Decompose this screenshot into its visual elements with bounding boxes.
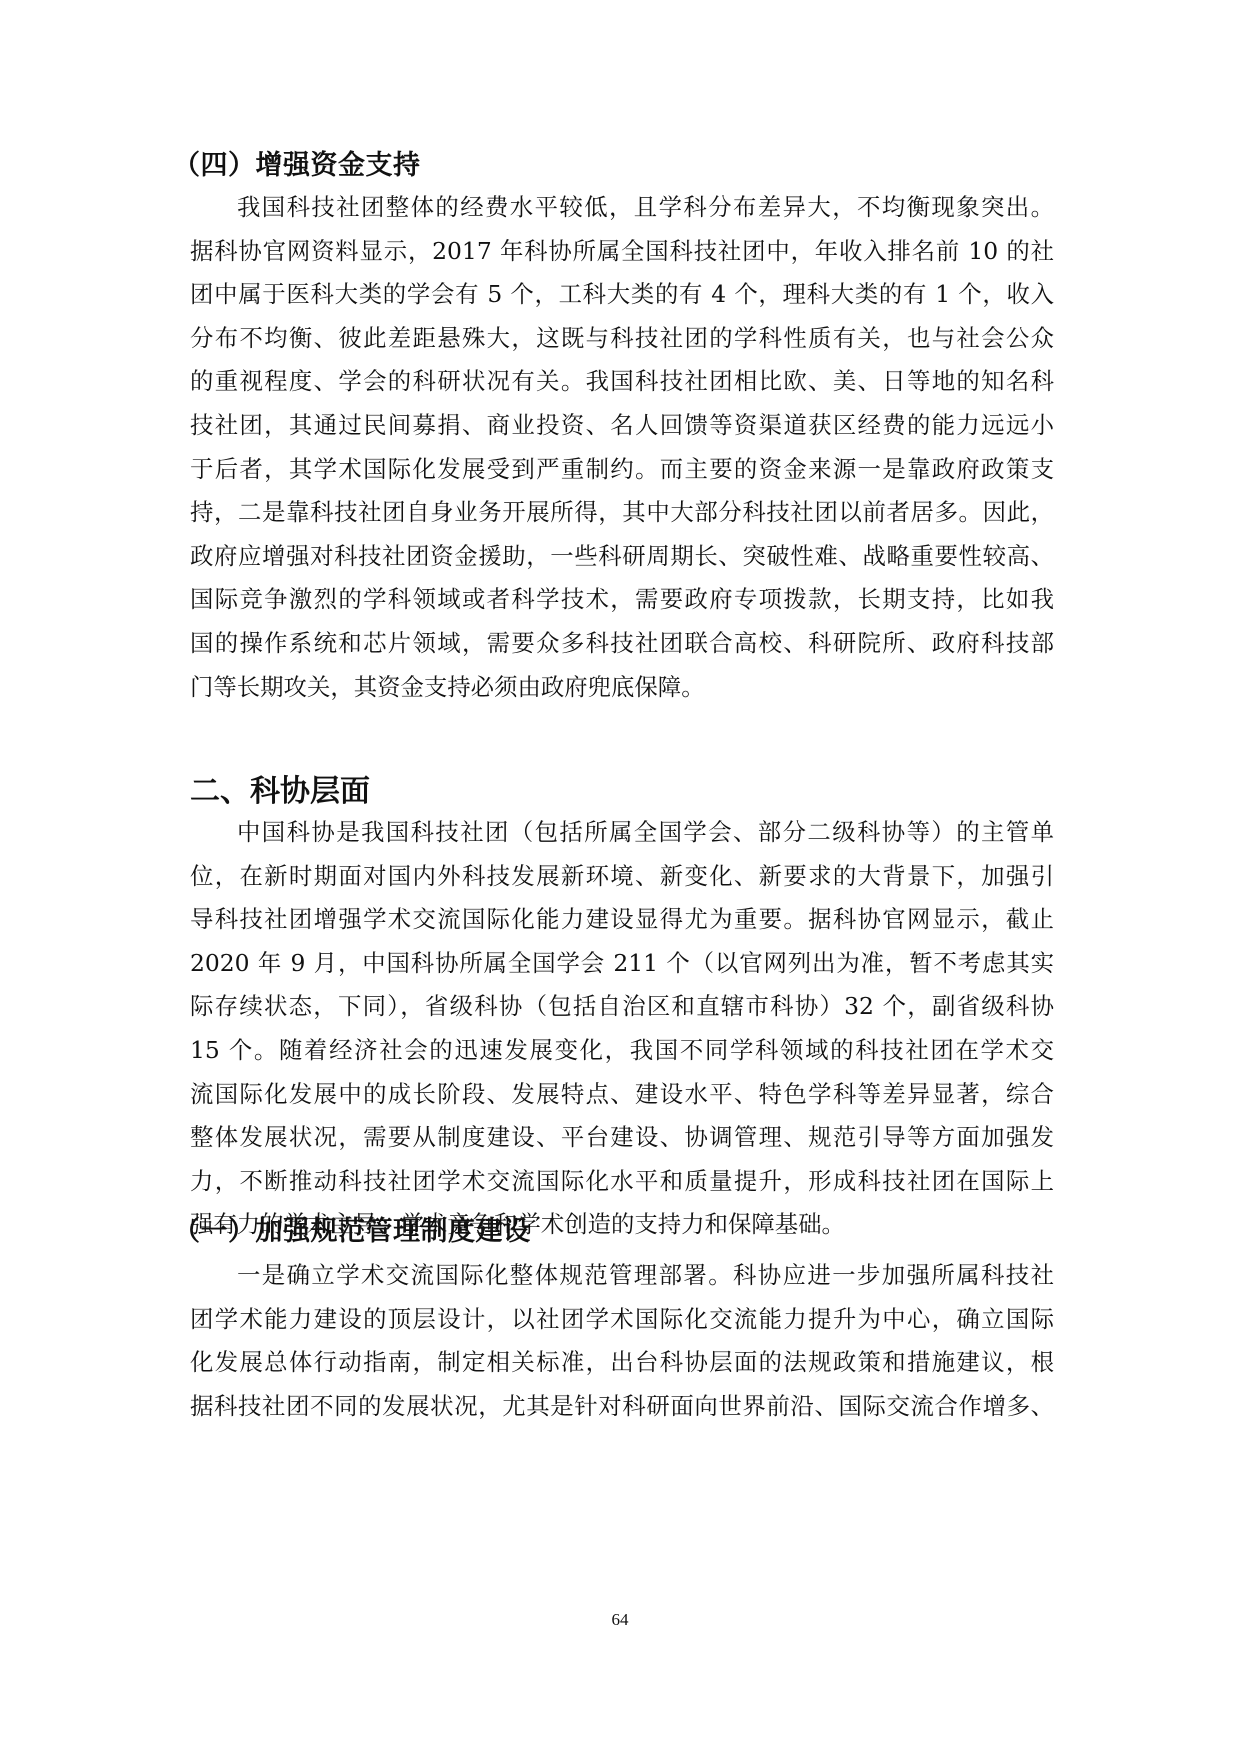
paragraph-management-system: 一是确立学术交流国际化整体规范管理部署。科协应进一步加强所属科技社 团学术能力建… <box>190 1254 1054 1428</box>
section-heading-cast-level: 二、科协层面 <box>190 770 370 814</box>
text-line: 位，在新时期面对国内外科技发展新环境、新变化、新要求的大背景下，加强引 <box>190 855 1054 899</box>
text-line: 的重视程度、学会的科研状况有关。我国科技社团相比欧、美、日等地的知名科 <box>190 360 1054 404</box>
text-line: 导科技社团增强学术交流国际化能力建设显得尤为重要。据科协官网显示，截止 <box>190 898 1054 942</box>
text-line: 一是确立学术交流国际化整体规范管理部署。科协应进一步加强所属科技社 <box>190 1254 1054 1298</box>
text-line: 中国科协是我国科技社团（包括所属全国学会、部分二级科协等）的主管单 <box>190 811 1054 855</box>
text-line: 持，二是靠科技社团自身业务开展所得，其中大部分科技社团以前者居多。因此， <box>190 491 1054 535</box>
text-line: 力，不断推动科技社团学术交流国际化水平和质量提升，形成科技社团在国际上 <box>190 1160 1054 1204</box>
text-line: 据科协官网资料显示，2017 年科协所属全国科技社团中，年收入排名前 10 的社 <box>190 230 1054 274</box>
text-line: 分布不均衡、彼此差距悬殊大，这既与科技社团的学科性质有关，也与社会公众 <box>190 317 1054 361</box>
page-number: 64 <box>0 1610 1240 1630</box>
text-line: 化发展总体行动指南，制定相关标准，出台科协层面的法规政策和措施建议，根 <box>190 1341 1054 1385</box>
text-line: 国的操作系统和芯片领域，需要众多科技社团联合高校、科研院所、政府科技部 <box>190 622 1054 666</box>
text-line: 流国际化发展中的成长阶段、发展特点、建设水平、特色学科等差异显著，综合 <box>190 1073 1054 1117</box>
text-line: 据科技社团不同的发展状况，尤其是针对科研面向世界前沿、国际交流合作增多、 <box>190 1385 1054 1429</box>
text-line: 政府应增强对科技社团资金援助，一些科研周期长、突破性难、战略重要性较高、 <box>190 535 1054 579</box>
paragraph-cast-level: 中国科协是我国科技社团（包括所属全国学会、部分二级科协等）的主管单 位，在新时期… <box>190 811 1054 1247</box>
text-line: 我国科技社团整体的经费水平较低，且学科分布差异大，不均衡现象突出。 <box>190 186 1054 230</box>
text-line: 15 个。随着经济社会的迅速发展变化，我国不同学科领域的科技社团在学术交 <box>190 1029 1054 1073</box>
text-line: 际存续状态，下同），省级科协（包括自治区和直辖市科协）32 个，副省级科协 <box>190 985 1054 1029</box>
paragraph-funding-support: 我国科技社团整体的经费水平较低，且学科分布差异大，不均衡现象突出。 据科协官网资… <box>190 186 1054 709</box>
section-heading-funding-support: （四）增强资金支持 <box>173 146 421 186</box>
text-line: 团中属于医科大类的学会有 5 个，工科大类的有 4 个，理科大类的有 1 个，收… <box>190 273 1054 317</box>
text-line: 于后者，其学术国际化发展受到严重制约。而主要的资金来源一是靠政府政策支 <box>190 448 1054 492</box>
text-line: 技社团，其通过民间募捐、商业投资、名人回馈等资渠道获区经费的能力远远小 <box>190 404 1054 448</box>
text-line: 团学术能力建设的顶层设计，以社团学术国际化交流能力提升为中心，确立国际 <box>190 1298 1054 1342</box>
text-line: 整体发展状况，需要从制度建设、平台建设、协调管理、规范引导等方面加强发 <box>190 1116 1054 1160</box>
text-line: 2020 年 9 月，中国科协所属全国学会 211 个（以官网列出为准，暂不考虑… <box>190 942 1054 986</box>
document-page: （四）增强资金支持 我国科技社团整体的经费水平较低，且学科分布差异大，不均衡现象… <box>0 0 1240 1753</box>
text-line: 国际竞争激烈的学科领域或者科学技术，需要政府专项拨款，长期支持，比如我 <box>190 578 1054 622</box>
section-heading-management-system: （一）加强规范管理制度建设 <box>173 1212 531 1252</box>
text-line: 门等长期攻关，其资金支持必须由政府兜底保障。 <box>190 666 1054 710</box>
